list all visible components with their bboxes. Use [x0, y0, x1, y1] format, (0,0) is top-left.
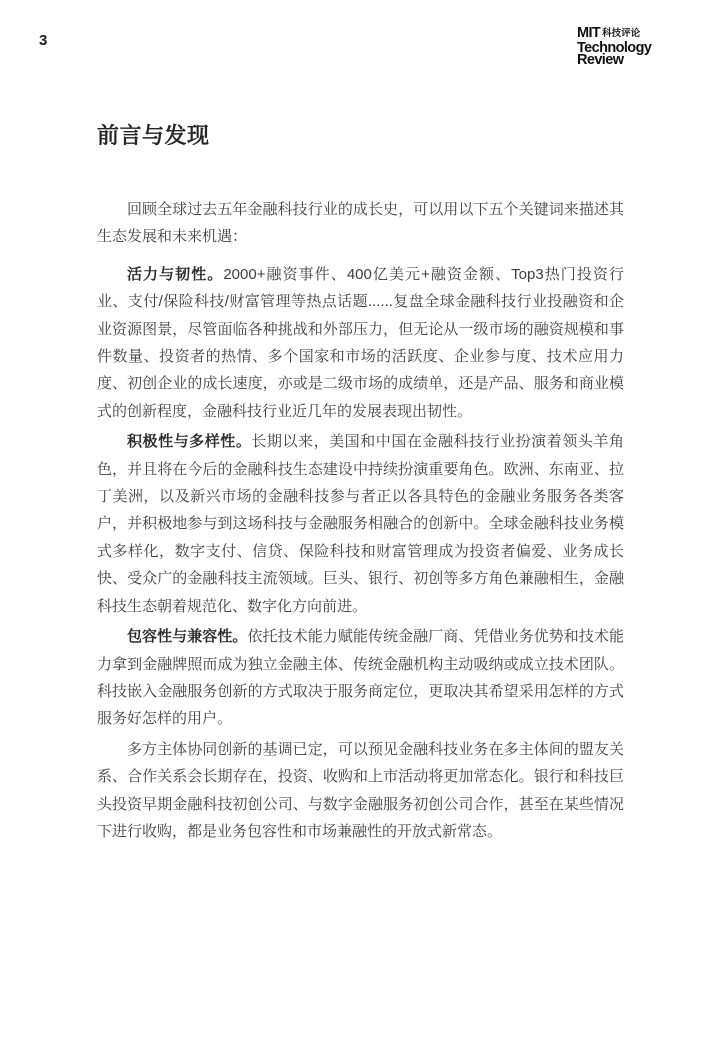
paragraph-5-text: 多方主体协同创新的基调已定，可以预见金融科技业务在多主体间的盟友关系、合作关系会…	[97, 741, 624, 840]
paragraph-2-lead: 活力与韧性。	[127, 266, 223, 283]
paragraph-collaboration-outlook: 多方主体协同创新的基调已定，可以预见金融科技业务在多主体间的盟友关系、合作关系会…	[97, 736, 624, 846]
paragraph-inclusiveness-compatibility: 包容性与兼容性。依托技术能力赋能传统金融厂商、凭借业务优势和技术能力拿到金融牌照…	[97, 623, 624, 733]
paragraph-1-text: 回顾全球过去五年金融科技行业的成长史，可以用以下五个关键词来描述其生态发展和未来…	[97, 201, 624, 245]
paragraph-vitality-resilience: 活力与韧性。2000+融资事件、400亿美元+融资金额、Top3热门投资行业、支…	[97, 261, 624, 425]
paragraph-3-lead: 积极性与多样性。	[127, 433, 251, 450]
logo-chinese-text: 科技评论	[602, 28, 640, 39]
paragraph-overview: 回顾全球过去五年金融科技行业的成长史，可以用以下五个关键词来描述其生态发展和未来…	[97, 196, 624, 251]
body-text: 回顾全球过去五年金融科技行业的成长史，可以用以下五个关键词来描述其生态发展和未来…	[97, 196, 624, 848]
page-number: 3	[39, 32, 47, 49]
paragraph-4-lead: 包容性与兼容性。	[127, 628, 248, 645]
section-title: 前言与发现	[97, 119, 210, 150]
logo-mit-text: MIT	[577, 25, 600, 41]
paragraph-2-text: 2000+融资事件、400亿美元+融资金额、Top3热门投资行业、支付/保险科技…	[97, 266, 624, 420]
logo-review-text: Review	[577, 54, 651, 67]
paragraph-3-text: 长期以来，美国和中国在金融科技行业扮演着领头羊角色，并且将在今后的金融科技生态建…	[97, 433, 624, 614]
paragraph-positivity-diversity: 积极性与多样性。长期以来，美国和中国在金融科技行业扮演着领头羊角色，并且将在今后…	[97, 428, 624, 620]
mit-tech-review-logo: MIT科技评论 Technology Review	[577, 27, 651, 67]
